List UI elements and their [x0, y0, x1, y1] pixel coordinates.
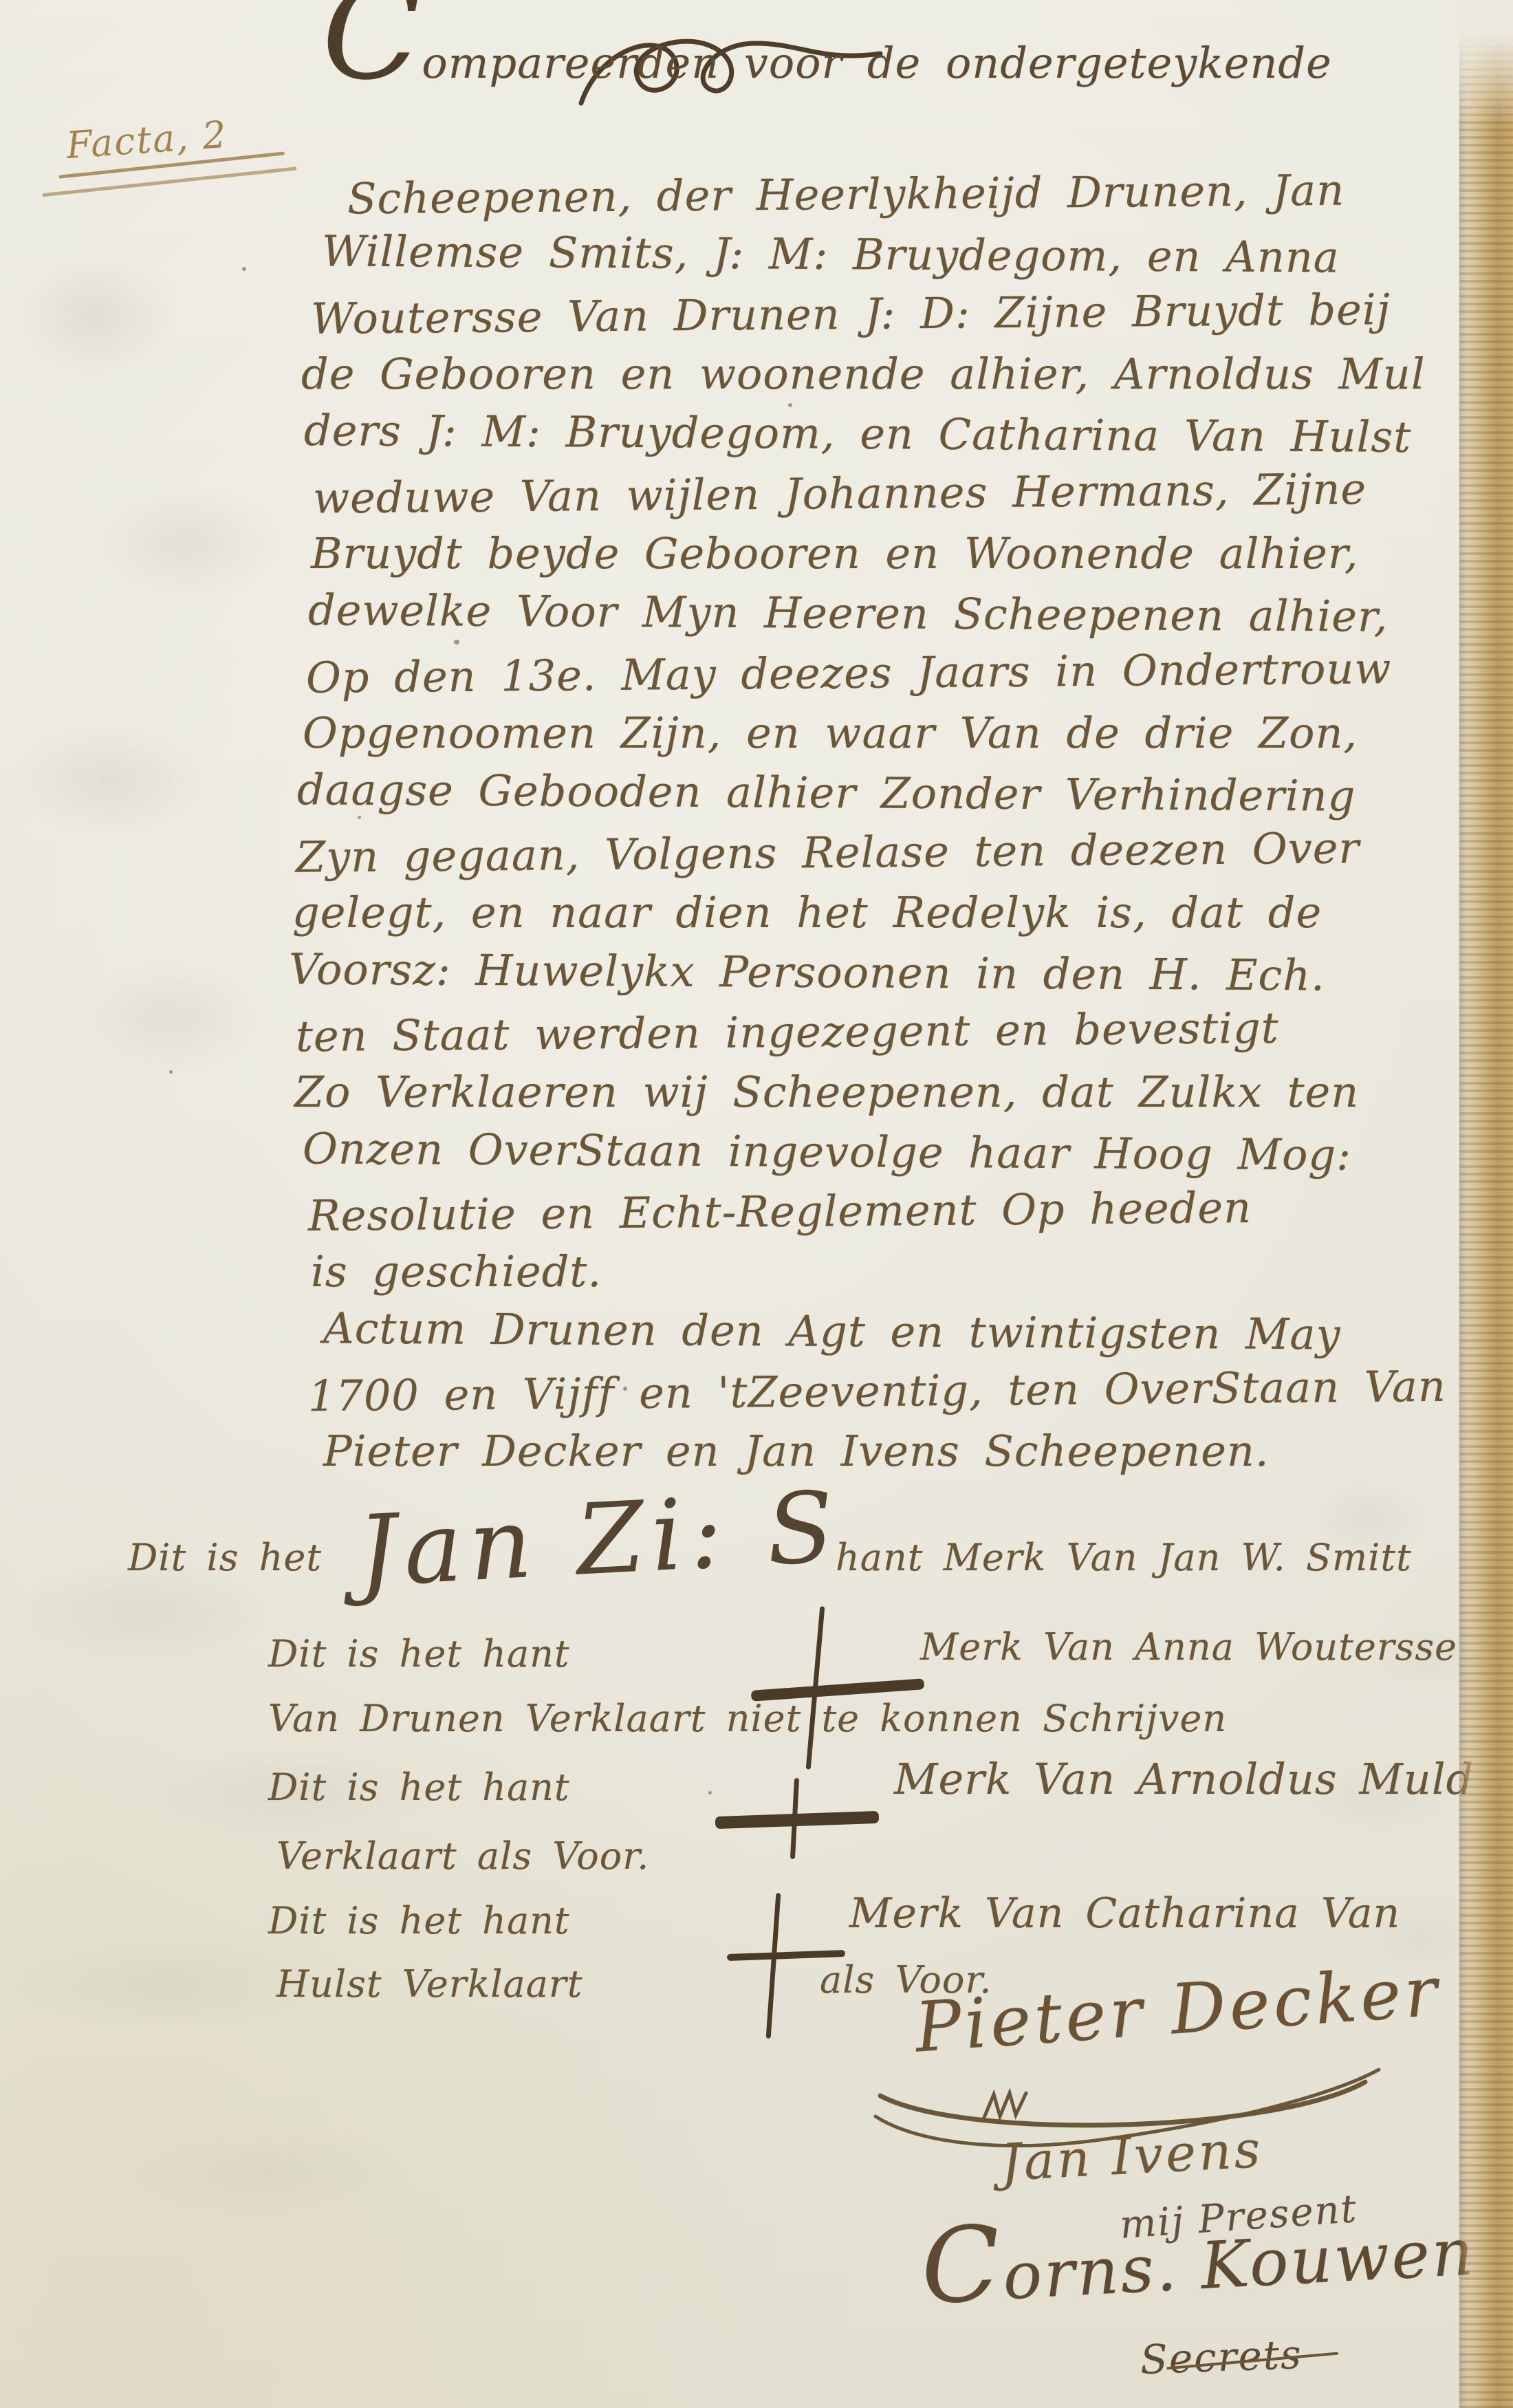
manuscript-line: 1700 en Vijff en 'tZeeventig, ten OverSt…: [308, 1365, 1446, 1418]
ink-speck: [358, 816, 361, 819]
signature-secretary-title: Secrets: [1140, 2334, 1303, 2380]
mark-row-vanhulst-line2-left: Hulst Verklaart: [276, 1966, 583, 2003]
manuscript-line: ders J: M: Bruydegom, en Catharina Van H…: [304, 409, 1412, 459]
margin-note-text: Facta, 2: [65, 113, 229, 167]
manuscript-line: de Gebooren en woonende alhier, Arnoldus…: [301, 353, 1426, 395]
mark-row-woutersse-line2: Van Drunen Verklaart niet te konnen Schr…: [268, 1700, 1227, 1737]
manuscript-line: gelegt, en naar dien het Redelyk is, dat…: [292, 891, 1322, 934]
ink-speck: [454, 640, 459, 644]
manuscript-line: Onzen OverStaan ingevolge haar Hoog Mog:: [303, 1127, 1351, 1176]
manuscript-line: Zyn gegaan, Volgens Relase ten deezen Ov…: [296, 827, 1360, 878]
bleed-through-ghost: [7, 193, 303, 1224]
manuscript-line: Actum Drunen den Agt en twintigsten May: [323, 1307, 1341, 1356]
mark-row-smits-prefix: Dit is het: [128, 1539, 322, 1576]
manuscript-line: Voorsz: Huwelykx Persoonen in den H. Ech…: [289, 948, 1325, 997]
manuscript-line: Bruydt beyde Gebooren en Woonende alhier…: [311, 532, 1358, 575]
jan-smits-hand-mark: Jan Zi: S: [356, 1479, 843, 1602]
manuscript-line: Resolutie en Echt-Reglement Op heeden: [308, 1186, 1252, 1237]
ink-speck: [788, 403, 792, 407]
manuscript-line: Zo Verklaeren wij Scheepenen, dat Zulkx …: [294, 1071, 1359, 1114]
manuscript-line: Pieter Decker en Jan Ivens Scheepenen.: [323, 1430, 1270, 1473]
ink-speck: [242, 267, 246, 271]
manuscript-line: is geschiedt.: [311, 1250, 602, 1293]
hand-mark-cross-icon: [791, 1606, 928, 1778]
signature-jan-ivens: Jan Ivens: [999, 2124, 1264, 2189]
manuscript-line: Compareerden voor de ondergeteykende: [322, 33, 1332, 85]
signature-corns-kouwens: Corns. Kouwens: [920, 2219, 1512, 2314]
manuscript-line: Scheepenen, der Heerlykheijd Drunen, Jan: [347, 169, 1345, 221]
margin-note: Facta, 2: [65, 113, 229, 167]
book-page-edge-fade: [1451, 0, 1513, 127]
manuscript-page: Facta, 2 Compareerden voor de ondergetey…: [0, 0, 1513, 2408]
mark-row-woutersse-right: Merk Van Anna Woutersse: [920, 1629, 1457, 1666]
manuscript-line: Op den 13e. May deezes Jaars in Ondertro…: [306, 647, 1392, 699]
book-page-edge: [1459, 0, 1513, 2408]
mark-row-woutersse-left: Dit is het hant: [268, 1636, 570, 1673]
mark-row-mulder-line2: Verklaart als Voor.: [276, 1838, 649, 1875]
manuscript-line: weduwe Van wijlen Johannes Hermans, Zijn…: [313, 468, 1367, 519]
mark-row-vanhulst-right: Merk Van Catharina Van: [849, 1893, 1400, 1934]
ink-speck: [708, 1791, 712, 1794]
ink-speck: [169, 1070, 173, 1074]
manuscript-line: Willemse Smits, J: M: Bruydegom, en Anna: [322, 230, 1340, 279]
manuscript-line: Opgenoomen Zijn, en waar Van de drie Zon…: [303, 712, 1358, 755]
margin-note-underline: [42, 166, 296, 197]
mark-row-smits-suffix: hant Merk Van Jan W. Smitt: [836, 1539, 1412, 1576]
mark-row-mulder-right: Merk Van Arnoldus Mulder: [894, 1758, 1513, 1801]
signature-pieter-decker: Pieter Decker: [913, 1957, 1442, 2062]
manuscript-line: dewelke Voor Myn Heeren Scheepenen alhie…: [308, 589, 1389, 638]
manuscript-line: ten Staat werden ingezegent en bevestigt: [296, 1007, 1279, 1058]
manuscript-line: Woutersse Van Drunen J: D: Zijne Bruydt …: [311, 288, 1391, 340]
hand-mark-cross-icon: [715, 1778, 880, 1867]
mark-row-vanhulst-left: Dit is het hant: [268, 1902, 570, 1940]
manuscript-line: daagse Gebooden alhier Zonder Verhinderi…: [297, 768, 1356, 817]
mark-row-mulder-left: Dit is het hant: [268, 1769, 570, 1806]
